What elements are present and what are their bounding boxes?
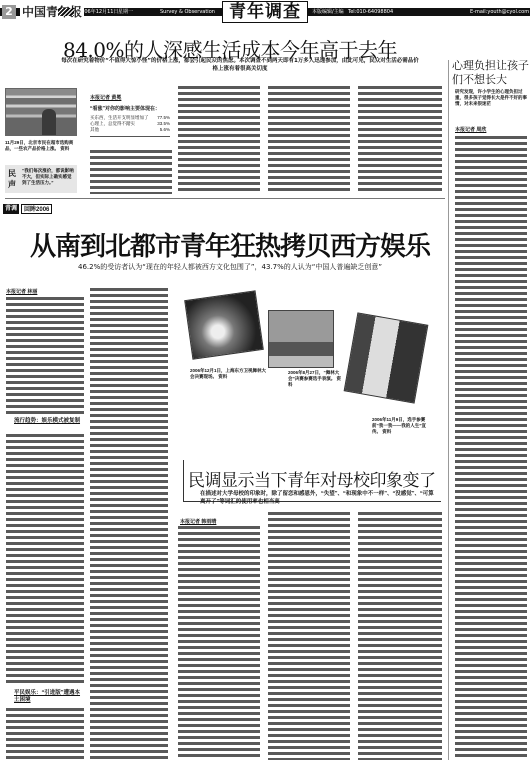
photo-caption: 2006年8月27日，“舞林大会”决赛参赛选手表演。 资料 <box>288 370 342 388</box>
supermarket-photo <box>5 88 77 136</box>
voice-quote: “我们每次涨价，都说影响不大，但实际上确实感觉到了生活压力。” <box>22 168 74 186</box>
alma-subhead: 在描述对大学母校的印象时，除了留恋和感恩外，“失望”、“和现象中不一样”、“没感… <box>200 490 435 506</box>
section-title: 青年调查 <box>222 1 308 23</box>
alma-story-text <box>178 526 260 760</box>
main-story-text <box>6 708 84 760</box>
phone-number: Tel:010-64098804 <box>348 8 393 16</box>
newspaper-logo: 中国青年报 <box>20 3 84 20</box>
side-byline: 本报记者 周欣 <box>455 126 486 133</box>
stage-photo <box>268 310 334 368</box>
top-story-text <box>358 86 442 194</box>
dance-photo <box>184 290 264 359</box>
photo-caption: 11月29日，北京市民在超市选购商品，一些农产品价格上涨。 资料 <box>5 140 77 152</box>
main-byline: 本报记者 林丽 <box>6 288 37 295</box>
section-english: Survey & Observation <box>160 8 215 16</box>
photo-caption: 2006年11月9日，选手参赛前“我一我——我的人生”宣传。 资料 <box>372 417 432 435</box>
main-subheading: 平民娱乐：“引进版”遭遇本土困境 <box>14 690 84 704</box>
main-subheading: 流行趋势：娱乐模式被复制 <box>14 418 84 425</box>
voice-label: 民声 <box>8 168 18 190</box>
main-story-text <box>90 288 168 760</box>
contestant-photo <box>344 312 429 403</box>
alma-headline: 民调显示当下青年对母校印象变了 <box>188 466 448 491</box>
poll-results: “看涨”对你的影响主要体现在： 买东西，生活开支明显增加了77.5% 心理上，总… <box>90 105 170 140</box>
tag-label: 回眸2006 <box>21 204 52 214</box>
email-address: E-mail:youth@cyol.com <box>470 8 529 16</box>
poll-title: “看涨”对你的影响主要体现在： <box>90 105 170 112</box>
main-story-text <box>6 434 84 686</box>
side-headline: 心理负担让孩子们不想长大 <box>452 59 530 87</box>
issue-weekday: 星期一 <box>118 8 133 16</box>
poll-row: 心理上，总觉得不踏实33.5% <box>90 121 170 127</box>
masthead: 2 中国青年报 2006年12月11日 星期一 Survey & Observa… <box>0 0 530 24</box>
main-subhead: 46.2%的受访者认为“现在的年轻人都被西方文化包围了”，43.7%的人认为“中… <box>20 262 440 272</box>
editor-info: 本版编辑/主编 <box>312 8 344 16</box>
page-number: 2 <box>2 5 16 19</box>
divider <box>90 136 170 137</box>
photo-caption: 2006年12月1日，上海东方卫视舞林大会决赛现场。 资料 <box>190 368 268 380</box>
main-story-text <box>6 297 84 415</box>
poll-row: 其他5.6% <box>90 127 170 133</box>
alma-story-text <box>358 512 442 760</box>
alma-story-text <box>268 512 350 760</box>
side-intro: 研究发现，许小学生的心理负担过重，很多孩子觉得长大是件不好的事情，对未来很迷茫 <box>455 90 527 108</box>
column-divider <box>448 60 449 760</box>
alma-byline: 本报记者 韩雨晴 <box>180 518 216 525</box>
section-tag: 青调 回眸2006 <box>3 204 52 214</box>
top-byline: 本报记者 黄冕 <box>90 94 121 101</box>
side-story-text <box>455 136 527 758</box>
top-story-text <box>90 150 172 194</box>
tag-label: 青调 <box>3 204 19 214</box>
top-story-text <box>268 86 350 194</box>
public-voice-box: 民声 “我们每次涨价，都说影响不大，但实际上确实感觉到了生活压力。” <box>5 165 77 193</box>
hatch-decoration <box>58 8 74 16</box>
issue-date: 2006年12月11日 <box>78 8 118 16</box>
top-subhead: 每次在研究着物价“不值得大惊小怪”的价格上涨，都会引起民众的焦虑。本次调查不到两… <box>60 57 420 73</box>
top-story-text <box>178 86 260 194</box>
section-divider <box>5 198 445 199</box>
main-headline: 从南到北都市青年狂热拷贝西方娱乐 <box>20 226 440 263</box>
